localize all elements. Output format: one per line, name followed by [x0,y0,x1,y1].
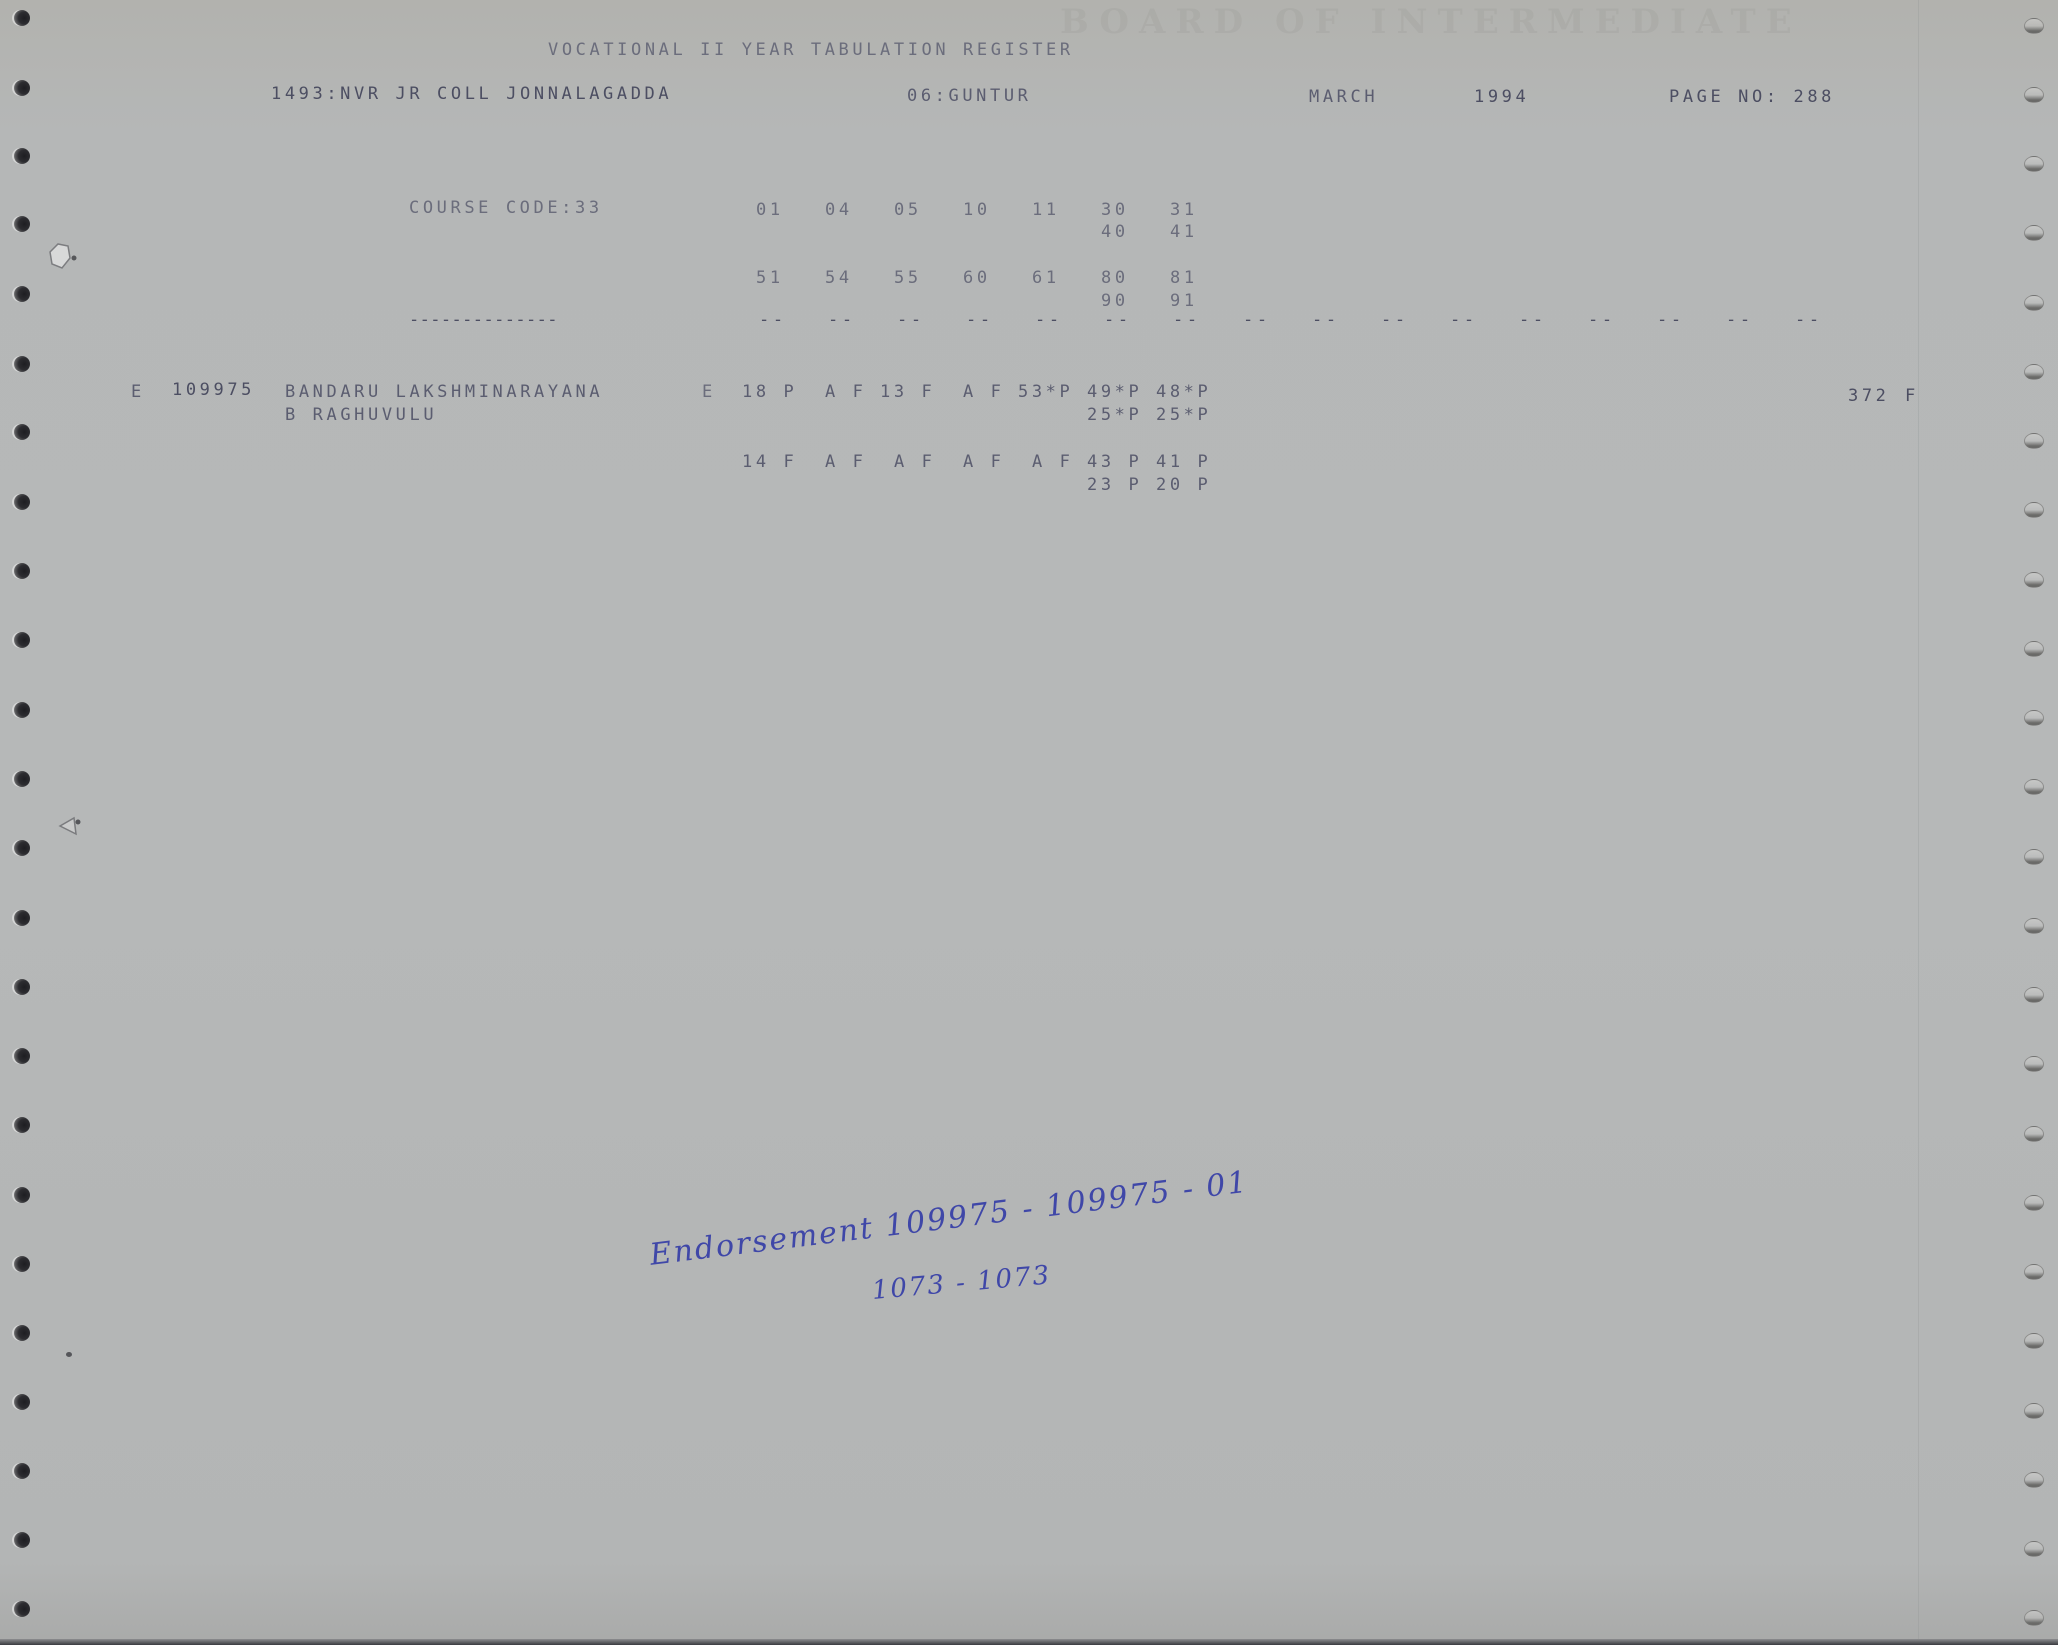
tractor-hole-icon [2024,156,2044,172]
separator-group: -- [1312,310,1340,330]
mark-cell: 48*P [1156,382,1211,402]
separator-group: -- [897,310,925,330]
mark-cell: 25*P [1087,405,1142,425]
tractor-hole-icon [2024,225,2044,241]
subject-code: 80 [1101,268,1129,288]
separator-group: -- [966,310,994,330]
register-title: VOCATIONAL II YEAR TABULATION REGISTER [548,40,1074,60]
tractor-hole-icon [2024,87,2044,103]
tractor-hole-icon [2024,502,2044,518]
mark-cell: 23 P [1087,475,1142,495]
mark-cell: 25*P [1156,405,1211,425]
tractor-hole-icon [14,1532,30,1548]
mark-cell: A F [1032,452,1074,472]
subject-code: 60 [963,268,991,288]
separator-group: -- [1450,310,1478,330]
subject-code: 41 [1170,222,1198,242]
tractor-hole-icon [14,979,30,995]
tractor-hole-icon [2024,1056,2044,1072]
tractor-hole-icon [14,216,30,232]
exam-year: 1994 [1474,87,1529,107]
subject-code: 55 [894,268,922,288]
tractor-hole-icon [2024,1264,2044,1280]
separator-long: -------------- [409,310,558,330]
subject-code: 30 [1101,200,1129,220]
separator-group: -- [1381,310,1409,330]
separator-group: -- [1657,310,1685,330]
tractor-hole-icon [14,1463,30,1479]
tractor-hole-icon [14,10,30,26]
tractor-hole-icon [2024,987,2044,1003]
tractor-hole-icon [2024,364,2044,380]
tractor-hole-icon [14,1601,30,1617]
page-number: PAGE NO: 288 [1669,87,1835,107]
tractor-hole-icon [14,1325,30,1341]
tractor-hole-icon [2024,1333,2044,1349]
tabulation-register-page: BOARD OF INTERMEDIATE [0,0,2058,1645]
tractor-hole-icon [2024,295,2044,311]
tractor-hole-icon [14,80,30,96]
tractor-hole-icon [2024,433,2044,449]
student-name: BANDARU LAKSHMINARAYANA [285,382,603,402]
father-name: B RAGHUVULU [285,405,437,425]
medium: E [702,382,716,402]
separator-group: -- [1243,310,1271,330]
subject-code: 54 [825,268,853,288]
separator-group: -- [1104,310,1132,330]
tractor-hole-icon [14,1394,30,1410]
mark-cell: 20 P [1156,475,1211,495]
separator-group: -- [1173,310,1201,330]
mark-cell: A F [825,452,867,472]
subject-code: 91 [1170,291,1198,311]
district-name: 06:GUNTUR [907,86,1032,106]
tractor-hole-icon [14,424,30,440]
separator-group: -- [1519,310,1547,330]
tractor-hole-icon [2024,641,2044,657]
tractor-hole-icon [14,356,30,372]
punch-mark-icon [56,812,96,842]
total-marks: 372 [1848,386,1890,406]
tractor-hole-icon [14,840,30,856]
separator-group: -- [1726,310,1754,330]
hall-ticket-number: 109975 [172,380,255,400]
separator-group: -- [1588,310,1616,330]
tractor-hole-icon [14,771,30,787]
tractor-hole-icon [14,1048,30,1064]
mark-cell: 13 F [880,382,935,402]
subject-code: 81 [1170,268,1198,288]
mark-cell: 41 P [1156,452,1211,472]
tractor-hole-icon [14,1117,30,1133]
mark-cell: 49*P [1087,382,1142,402]
tractor-hole-icon [2024,918,2044,934]
tractor-hole-icon [2024,1403,2044,1419]
subject-code: 51 [756,268,784,288]
subject-code: 05 [894,200,922,220]
tractor-hole-icon [14,148,30,164]
tractor-hole-icon [2024,779,2044,795]
mark-cell: A F [825,382,867,402]
tractor-hole-icon [2024,1195,2044,1211]
tractor-hole-icon [14,494,30,510]
subject-code: 11 [1032,200,1060,220]
result-status: F [1905,386,1919,406]
student-category: E [131,382,145,402]
separator-group: -- [828,310,856,330]
tractor-hole-icon [2024,1610,2044,1626]
course-code-label: COURSE CODE:33 [409,198,603,218]
tractor-hole-icon [2024,1472,2044,1488]
bleed-through-watermark: BOARD OF INTERMEDIATE [1060,2,1802,42]
punch-mark-icon [44,240,84,276]
tractor-hole-icon [14,632,30,648]
mark-cell: 43 P [1087,452,1142,472]
subject-code: 40 [1101,222,1129,242]
mark-cell: A F [894,452,936,472]
mark-cell: A F [963,382,1005,402]
tractor-hole-icon [14,1256,30,1272]
separator-group: -- [1795,310,1823,330]
mark-cell: A F [963,452,1005,472]
college-name: 1493:NVR JR COLL JONNALAGADDA [271,84,672,104]
subject-code: 90 [1101,291,1129,311]
subject-code: 04 [825,200,853,220]
tractor-hole-icon [14,563,30,579]
subject-code: 31 [1170,200,1198,220]
tractor-hole-icon [2024,849,2044,865]
handwritten-line-2: 1073 - 1073 [871,1260,1053,1306]
tractor-hole-icon [14,910,30,926]
tractor-hole-icon [14,702,30,718]
tractor-hole-icon [2024,18,2044,34]
separator-group: -- [1035,310,1063,330]
exam-month: MARCH [1309,87,1378,107]
subject-code: 10 [963,200,991,220]
mark-cell: 53*P [1018,382,1073,402]
tractor-hole-icon [14,1187,30,1203]
ink-dot [66,1352,72,1357]
mark-cell: 14 F [742,452,797,472]
tractor-hole-icon [2024,1126,2044,1142]
subject-code: 01 [756,200,784,220]
separator-group: -- [759,310,787,330]
tractor-hole-icon [2024,1541,2044,1557]
handwritten-line-1: Endorsement 109975 - 109975 - 01 [648,1165,1251,1273]
paper-bottom-edge [0,1639,2058,1645]
tractor-hole-icon [2024,710,2044,726]
subject-code: 61 [1032,268,1060,288]
tractor-hole-icon [2024,572,2044,588]
mark-cell: 18 P [742,382,797,402]
perforation-line [1918,0,1919,1645]
tractor-hole-icon [14,286,30,302]
